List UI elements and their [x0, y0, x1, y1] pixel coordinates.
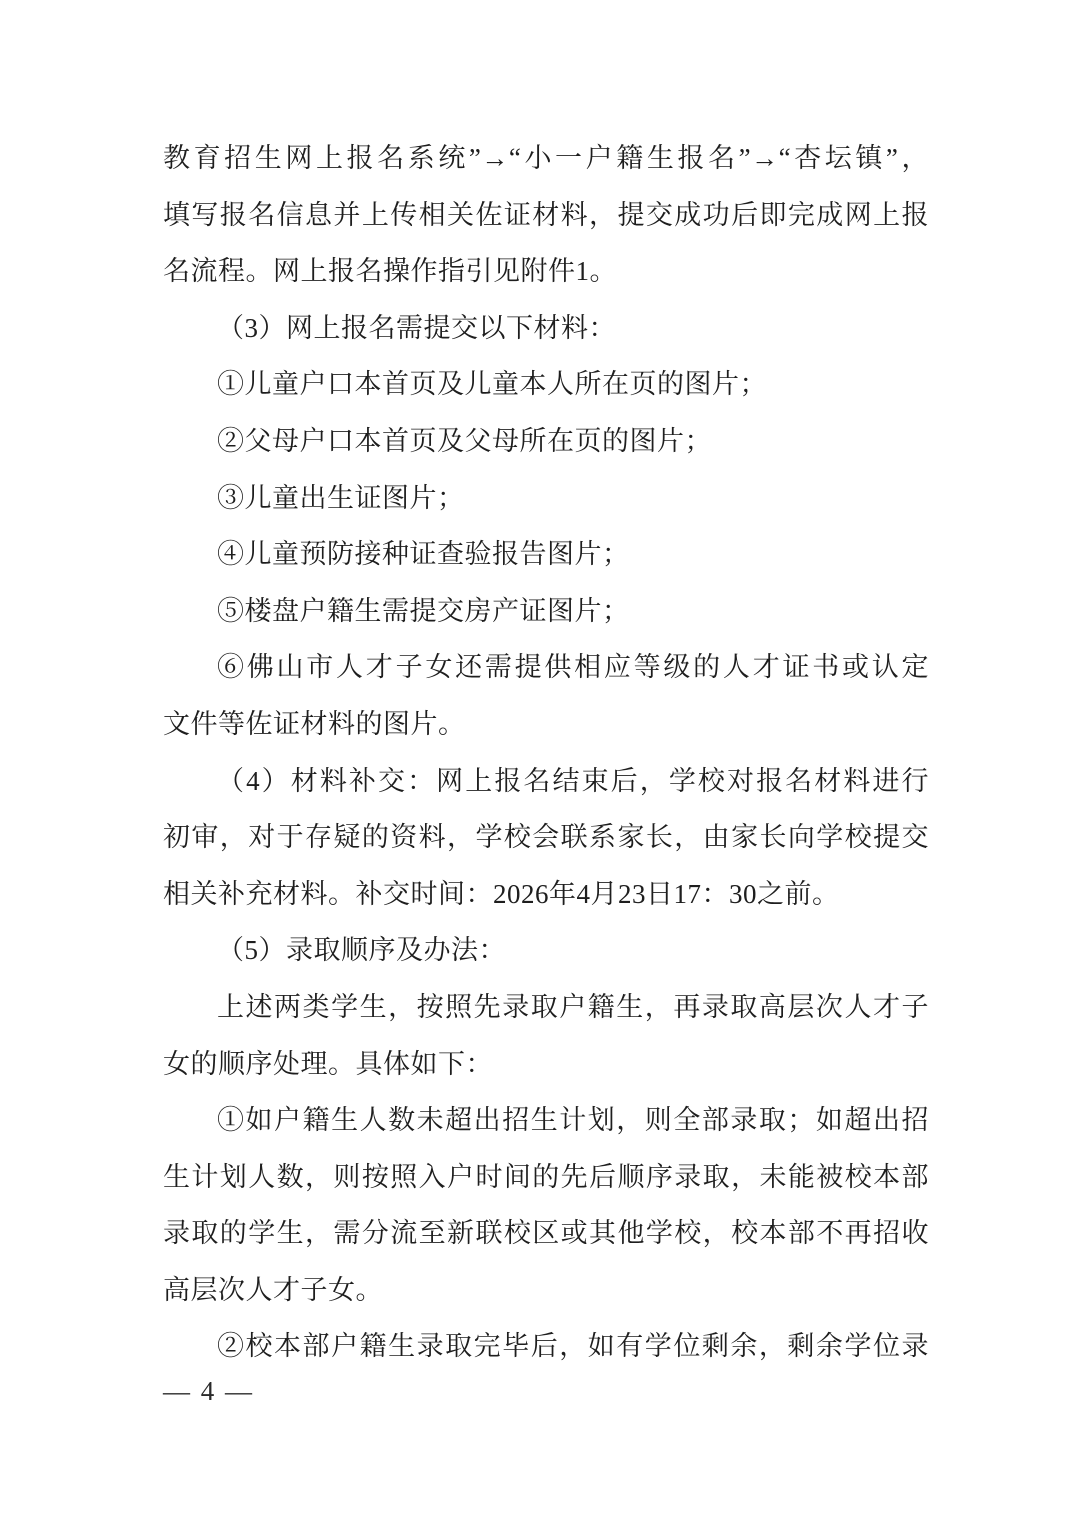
document-line: 文件等佐证材料的图片。 [163, 696, 929, 753]
document-page: 教育招生网上报名系统”→“小一户籍生报名”→“杏坛镇”， 填写报名信息并上传相关… [0, 0, 1080, 1527]
document-line-material-6: ⑥佛山市人才子女还需提供相应等级的人才证书或认定 [163, 639, 929, 696]
page-number: — 4 — [163, 1363, 254, 1420]
document-line: 生计划人数，则按照入户时间的先后顺序录取，未能被校本部 [163, 1149, 929, 1206]
document-line-item-4: （4）材料补交：网上报名结束后，学校对报名材料进行 [163, 753, 929, 810]
document-line: 女的顺序处理。具体如下： [163, 1036, 929, 1093]
document-line: 填写报名信息并上传相关佐证材料，提交成功后即完成网上报 [163, 187, 929, 244]
document-line: 教育招生网上报名系统”→“小一户籍生报名”→“杏坛镇”， [163, 130, 929, 187]
document-line-material-1: ①儿童户口本首页及儿童本人所在页的图片； [163, 356, 929, 413]
document-line-item-5: （5）录取顺序及办法： [163, 922, 929, 979]
document-line: 初审，对于存疑的资料，学校会联系家长，由家长向学校提交 [163, 809, 929, 866]
document-line: 名流程。网上报名操作指引见附件1。 [163, 243, 929, 300]
document-line: 录取的学生，需分流至新联校区或其他学校，校本部不再招收 [163, 1205, 929, 1262]
document-line: 相关补充材料。补交时间：2026年4月23日17：30之前。 [163, 866, 929, 923]
document-line-material-5: ⑤楼盘户籍生需提交房产证图片； [163, 583, 929, 640]
document-line-rule-1: ①如户籍生人数未超出招生计划，则全部录取；如超出招 [163, 1092, 929, 1149]
document-line-material-3: ③儿童出生证图片； [163, 470, 929, 527]
document-line-rule-2: ②校本部户籍生录取完毕后，如有学位剩余，剩余学位录 [163, 1318, 929, 1375]
document-line: 高层次人才子女。 [163, 1262, 929, 1319]
document-line-material-4: ④儿童预防接种证查验报告图片； [163, 526, 929, 583]
document-line-material-2: ②父母户口本首页及父母所在页的图片； [163, 413, 929, 470]
document-body: 教育招生网上报名系统”→“小一户籍生报名”→“杏坛镇”， 填写报名信息并上传相关… [163, 130, 929, 1375]
document-line: 上述两类学生，按照先录取户籍生，再录取高层次人才子 [163, 979, 929, 1036]
document-line-item-3: （3）网上报名需提交以下材料： [163, 300, 929, 357]
